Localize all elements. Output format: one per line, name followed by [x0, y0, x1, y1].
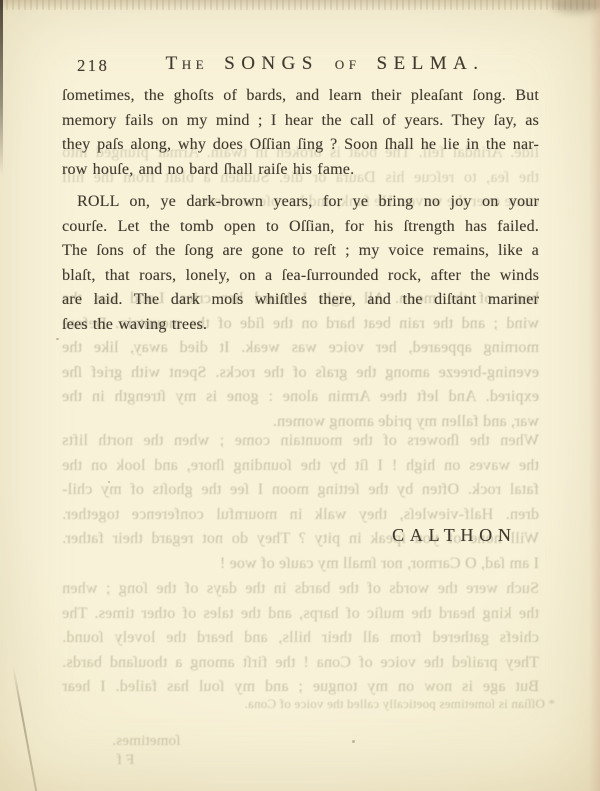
text-line: ſees the waving trees. — [62, 313, 539, 338]
bleedthrough-line: dren. Half-viewleſs, they walk in mournf… — [62, 503, 539, 528]
body-text: ſometimes, the ghoſts of bards, and lear… — [62, 84, 539, 337]
foxing-speck — [56, 338, 59, 340]
bleedthrough-line: evening-breeze among the graſs of the ro… — [62, 361, 539, 386]
bleedthrough-group: Such were the words of the bards in the … — [62, 577, 539, 700]
text-line: courſe. Let the tomb open to Oſſian, for… — [62, 215, 539, 240]
bleedthrough-line: I am ſad, O Carmor, nor ſmall my cauſe o… — [62, 552, 539, 577]
running-title: The SONGS of SELMA. — [50, 53, 600, 75]
scan-left-edge-mark — [0, 0, 3, 175]
running-title-word: The — [166, 53, 209, 74]
bleedthrough-catchword: ſometimes. — [112, 733, 180, 749]
page-right-edge-shadow — [589, 0, 600, 791]
page-crease-line — [12, 666, 38, 791]
running-title-word: SONGS — [224, 53, 319, 74]
foxing-speck — [108, 481, 110, 483]
paragraph: ſometimes, the ghoſts of bards, and lear… — [62, 84, 539, 182]
running-title-word: SELMA. — [377, 53, 485, 74]
page-top-edge-texture — [0, 0, 600, 10]
bleedthrough-line: They praiſed the voice of Cona ! the fir… — [62, 651, 539, 676]
bleedthrough-line: the king heard the muſic of harps, and t… — [62, 602, 539, 627]
bleedthrough-line: morning appeared, her voice was weak. It… — [62, 336, 539, 361]
bleedthrough-group: * Oſſian is ſometimes poetically called … — [62, 694, 539, 789]
text-line: are laid. The dark moſs whiſtles there, … — [62, 288, 539, 313]
bleedthrough-group: When the ſhowers of the mountain come ; … — [62, 429, 539, 576]
text-line: The ſons of the ſong are gone to reſt ; … — [62, 239, 539, 264]
bleedthrough-line: the waves on high ! I ſit by the ſoundin… — [62, 454, 539, 479]
text-line: row houſe, and no bard ſhall raiſe his f… — [62, 158, 539, 183]
book-page-scan: ſide. Arindal fell. The boat is broken i… — [0, 0, 600, 791]
bleedthrough-line: expired. And left thee Armin alone : gon… — [62, 385, 539, 410]
section-heading-calthon: CALTHON — [392, 525, 517, 546]
foxing-speck — [352, 740, 355, 743]
bleedthrough-signature: F f — [117, 752, 135, 768]
text-line: ROLL on, ye dark-brown years, for ye bri… — [62, 190, 539, 215]
running-title-word: of — [335, 53, 361, 74]
foxing-speck — [497, 203, 499, 205]
text-line: memory fails on my mind ; I hear the cal… — [62, 109, 539, 134]
bleedthrough-line: chiefs gathered from all their hills, an… — [62, 626, 539, 651]
bleedthrough-line: When the ſhowers of the mountain come ; … — [62, 429, 539, 454]
bleedthrough-line: Such were the words of the bards in the … — [62, 577, 539, 602]
bleedthrough-signature-line: ſometimes. F f — [62, 713, 539, 789]
bleedthrough-line: fatal rock. Often by the ſetting moon I … — [62, 478, 539, 503]
paragraph: ROLL on, ye dark-brown years, for ye bri… — [62, 190, 539, 337]
text-line: they paſs along, why does Oſſian ſing ? … — [62, 133, 539, 158]
text-line: ſometimes, the ghoſts of bards, and lear… — [62, 84, 539, 109]
text-line: blaſt, that roars, lonely, on a ſea-ſurr… — [62, 264, 539, 289]
bleedthrough-footnote: * Oſſian is ſometimes poetically called … — [125, 694, 555, 713]
